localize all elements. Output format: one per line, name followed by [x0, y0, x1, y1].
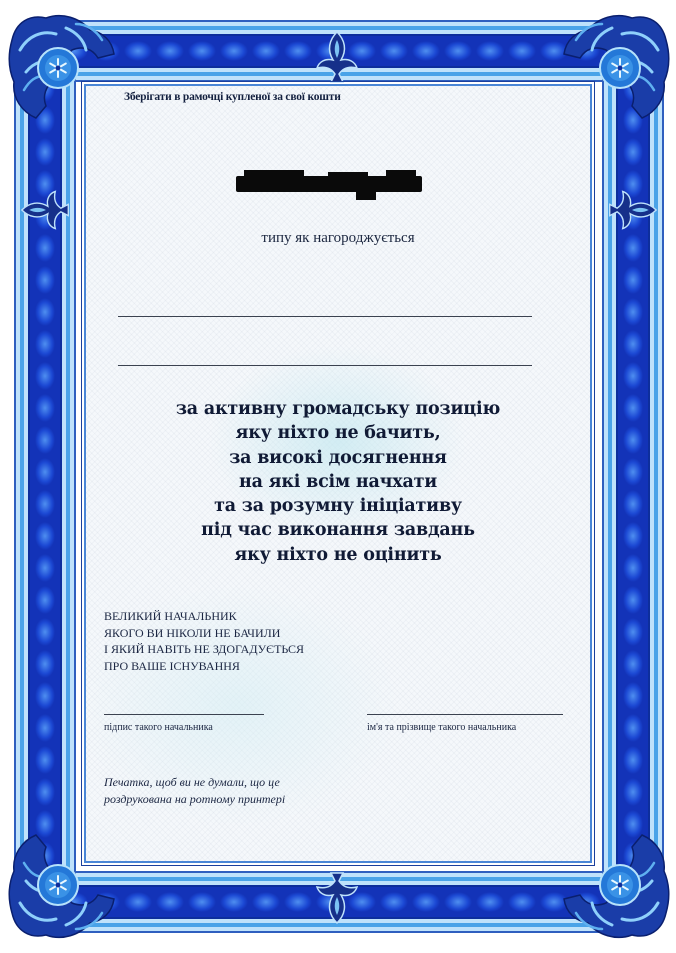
signature-label: підпис такого начальника [104, 722, 213, 733]
reason-line: за високі досягнення [0, 446, 676, 470]
fleur-ornament-icon [604, 184, 660, 236]
award-reasons: за активну громадську позицію яку ніхто … [0, 397, 676, 567]
fleur-ornament-icon [309, 28, 365, 88]
reason-line: під час виконання завдань [0, 518, 676, 542]
subtitle: типу як нагороджується [0, 230, 676, 247]
reason-line: за активну громадську позицію [0, 397, 676, 421]
boss-line: І ЯКИЙ НАВІТЬ НЕ ЗДОГАДУЄТЬСЯ [104, 641, 304, 658]
boss-line: ВЕЛИКИЙ НАЧАЛЬНИК [104, 608, 304, 625]
recipient-name-line [118, 365, 532, 366]
boss-block: ВЕЛИКИЙ НАЧАЛЬНИК ЯКОГО ВИ НІКОЛИ НЕ БАЧ… [104, 608, 304, 674]
stamp-note: Печатка, щоб ви не думали, що це роздрук… [104, 774, 285, 808]
recipient-name-line [118, 316, 532, 317]
reason-line: та за розумну ініціативу [0, 494, 676, 518]
boss-line: ПРО ВАШЕ ІСНУВАННЯ [104, 658, 304, 675]
title-redacted [236, 170, 422, 200]
reason-line: яку ніхто не оцінить [0, 543, 676, 567]
signature-line [104, 714, 264, 715]
stamp-note-line: Печатка, щоб ви не думали, що це [104, 774, 285, 791]
boss-line: ЯКОГО ВИ НІКОЛИ НЕ БАЧИЛИ [104, 625, 304, 642]
header-note: Зберігати в рамочці купленої за свої кош… [124, 91, 341, 103]
stamp-note-line: роздрукована на ротному принтері [104, 791, 285, 808]
name-label: ім'я та прізвище такого начальника [367, 722, 516, 733]
name-line [367, 714, 563, 715]
reason-line: на які всім начхати [0, 470, 676, 494]
reason-line: яку ніхто не бачить, [0, 421, 676, 445]
fleur-ornament-icon [18, 184, 74, 236]
fleur-ornament-icon [309, 867, 365, 927]
